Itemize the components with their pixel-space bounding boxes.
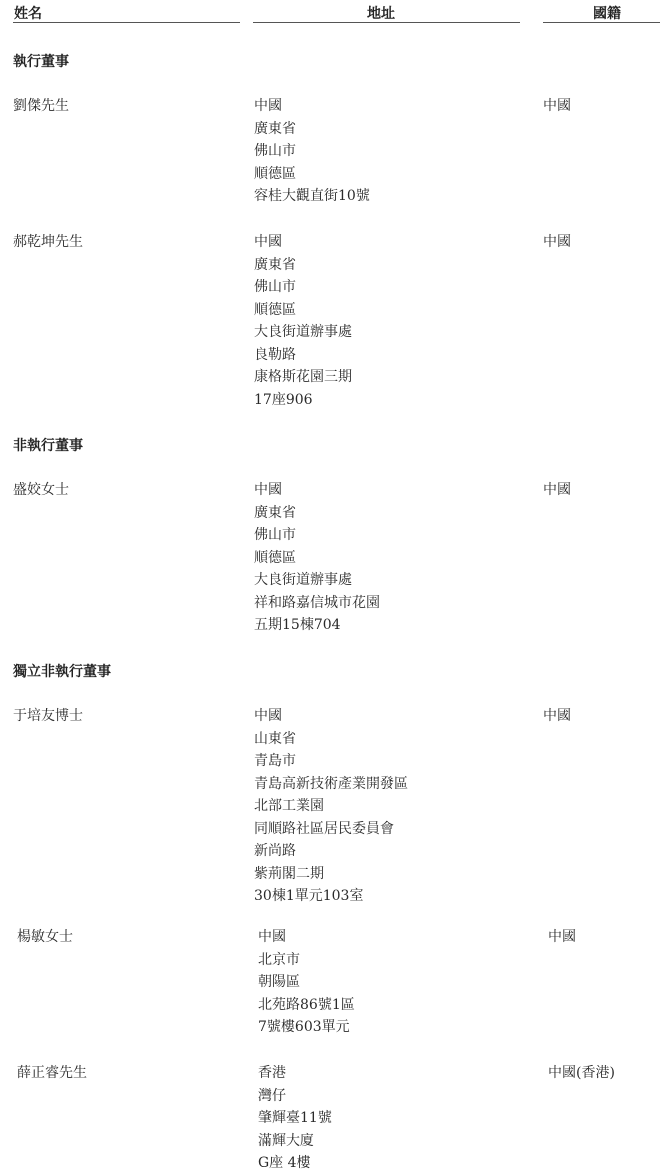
address-line: 新尚路 (254, 840, 408, 863)
address-line: 良勒路 (254, 344, 352, 367)
director-name: 劉傑先生 (13, 95, 69, 118)
address-line: 順德區 (254, 163, 370, 186)
header-rule-nationality (543, 22, 660, 23)
address-line: 北苑路86號1區 (258, 994, 355, 1017)
address-line: 康格斯花園三期 (254, 366, 352, 389)
address-line: 灣仔 (258, 1085, 332, 1108)
address-line: 大良街道辦事處 (254, 321, 352, 344)
section-title-non-executive-directors: 非執行董事 (13, 435, 83, 455)
address-line: 中國 (254, 95, 370, 118)
address-line: 中國 (258, 926, 355, 949)
section-title-independent-non-executive-directors: 獨立非執行董事 (13, 661, 111, 681)
header-rule-address (253, 22, 520, 23)
director-name: 楊敏女士 (17, 926, 73, 949)
director-nationality: 中國 (543, 95, 571, 118)
address-line: 容桂大觀直街10號 (254, 185, 370, 208)
column-header-address: 地址 (367, 3, 395, 23)
address-line: 廣東省 (254, 502, 380, 525)
address-line: 祥和路嘉信城市花園 (254, 592, 380, 615)
address-line: 北部工業園 (254, 795, 408, 818)
director-address: 中國 北京市 朝陽區 北苑路86號1區 7號樓603單元 (258, 926, 355, 1039)
director-nationality: 中國 (543, 705, 571, 728)
director-address: 中國 山東省 青島市 青島高新技術產業開發區 北部工業園 同順路社區居民委員會 … (254, 705, 408, 908)
address-line: 7號樓603單元 (258, 1016, 355, 1039)
address-line: 五期15棟704 (254, 614, 380, 637)
director-address: 中國 廣東省 佛山市 順德區 大良街道辦事處 祥和路嘉信城市花園 五期15棟70… (254, 479, 380, 637)
address-line: G座 4樓 (258, 1152, 332, 1175)
address-line: 香港 (258, 1062, 332, 1085)
address-line: 廣東省 (254, 254, 352, 277)
address-line: 佛山市 (254, 140, 370, 163)
director-address: 香港 灣仔 肇輝臺11號 滿輝大廈 G座 4樓 (258, 1062, 332, 1175)
address-line: 大良街道辦事處 (254, 569, 380, 592)
director-name: 于培友博士 (13, 705, 83, 728)
address-line: 滿輝大廈 (258, 1130, 332, 1153)
address-line: 肇輝臺11號 (258, 1107, 332, 1130)
address-line: 中國 (254, 705, 408, 728)
section-title-executive-directors: 執行董事 (13, 51, 69, 71)
address-line: 17座906 (254, 389, 352, 412)
director-nationality: 中國(香港) (548, 1062, 615, 1085)
address-line: 中國 (254, 231, 352, 254)
address-line: 廣東省 (254, 118, 370, 141)
director-name: 盛姣女士 (13, 479, 69, 502)
address-line: 順德區 (254, 547, 380, 570)
address-line: 30棟1單元103室 (254, 885, 408, 908)
address-line: 青島市 (254, 750, 408, 773)
address-line: 同順路社區居民委員會 (254, 818, 408, 841)
address-line: 北京市 (258, 949, 355, 972)
address-line: 青島高新技術產業開發區 (254, 773, 408, 796)
director-address: 中國 廣東省 佛山市 順德區 大良街道辦事處 良勒路 康格斯花園三期 17座90… (254, 231, 352, 411)
address-line: 紫荊閣二期 (254, 863, 408, 886)
address-line: 佛山市 (254, 524, 380, 547)
director-nationality: 中國 (543, 479, 571, 502)
column-header-nationality: 國籍 (593, 3, 621, 23)
address-line: 順德區 (254, 299, 352, 322)
director-nationality: 中國 (543, 231, 571, 254)
director-address: 中國 廣東省 佛山市 順德區 容桂大觀直街10號 (254, 95, 370, 208)
director-name: 薛正睿先生 (17, 1062, 87, 1085)
address-line: 中國 (254, 479, 380, 502)
director-name: 郝乾坤先生 (13, 231, 83, 254)
header-rule-name (13, 22, 240, 23)
address-line: 朝陽區 (258, 971, 355, 994)
director-nationality: 中國 (548, 926, 576, 949)
column-header-name: 姓名 (14, 3, 42, 23)
address-line: 山東省 (254, 728, 408, 751)
address-line: 佛山市 (254, 276, 352, 299)
